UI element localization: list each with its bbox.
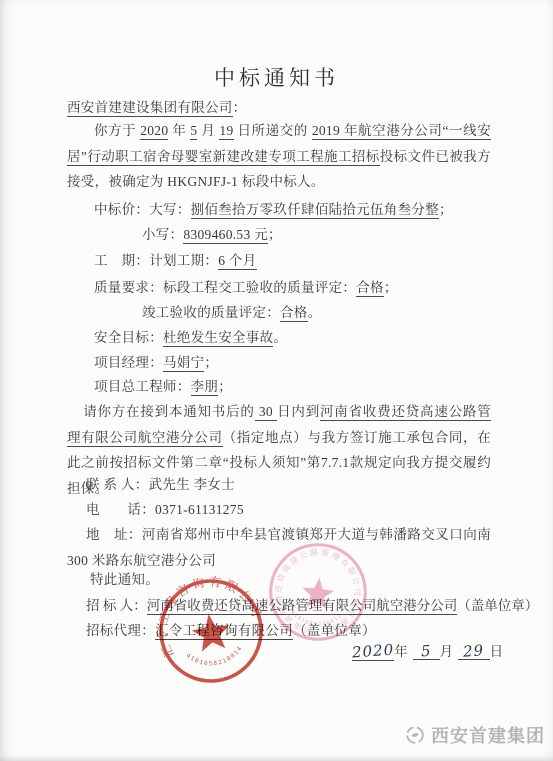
duration-line: 工 期：计划工期：6 个月 — [94, 249, 257, 269]
p2-text: 请你方在接到本通知书后的 — [83, 404, 255, 419]
date-year-unit: 年 — [394, 644, 409, 659]
doc-title: 中标通知书 — [0, 62, 553, 92]
p1-text: 月 — [197, 123, 219, 138]
date-month-unit: 月 — [440, 644, 455, 659]
safety-line: 安全目标：杜绝发生安全事故。 — [94, 326, 287, 346]
scanned-document-page: 中标通知书 西安首建建设集团有限公司： 你方于 2020 年 5 月 19 日所… — [0, 0, 553, 761]
address-label: 地 址： — [86, 527, 142, 542]
price-lower-label: 小写： — [142, 227, 183, 242]
quality-line-2: 竣工验收的质量评定：合格。 — [142, 301, 321, 321]
tenderer-label: 招 标 人： — [86, 598, 147, 613]
p2-text: 日内到 — [277, 404, 320, 419]
svg-text:4101058218014: 4101058218014 — [184, 644, 246, 671]
safety-punct: 。 — [273, 330, 287, 345]
date-day-handwritten: 29 — [463, 641, 485, 660]
tenderer-name: 河南省收费还贷高速公路管理有限公司航空港分公司 — [147, 598, 458, 615]
safety-value: 杜绝发生安全事故 — [163, 330, 273, 347]
tenderer-seal-note: （盖单位章） — [457, 598, 538, 613]
contact-label: 联 系 人： — [86, 477, 149, 492]
agency-seal-code: 4101058218014 — [184, 644, 246, 671]
closing-line: 特此通知。 — [90, 568, 159, 588]
price-upper-punct: ； — [439, 202, 453, 217]
chief-engineer-line: 项目总工程师：李朋； — [94, 375, 232, 395]
agency-line: 招标代理：汇令工程咨询有限公司（盖单位章） — [86, 619, 376, 639]
phone-line: 电 话：0371-61131275 — [86, 498, 244, 518]
contact-names: 武先生 李女士 — [149, 477, 235, 492]
p1-day: 19 — [219, 123, 233, 140]
price-label: 中标价：大写： — [94, 202, 191, 217]
address-block: 地 址：河南省郑州市中牟县官渡镇郑开大道与韩潘路交叉口向南 300 米路东航空港… — [67, 522, 491, 573]
quality-value-2: 合格 — [280, 305, 308, 322]
chief-engineer-punct: ； — [218, 379, 232, 394]
date-year-handwritten: 2020 — [351, 641, 394, 662]
agency-seal-note: （盖单位章） — [293, 623, 376, 638]
phone-label: 电 话： — [86, 502, 155, 517]
project-manager-line: 项目经理：马娟宁； — [94, 351, 218, 371]
date-line: 2020年 5月 29日 — [352, 640, 504, 660]
date-day-unit: 日 — [490, 644, 505, 659]
p1-text: 日所递交的 — [234, 123, 312, 138]
date-month-handwritten: 5 — [420, 642, 432, 661]
shoujian-logo-icon — [404, 724, 426, 746]
paragraph-bid-acceptance: 你方于 2020 年 5 月 19 日所递交的 2019 年航空港分公司“一线安… — [67, 118, 491, 195]
safety-label: 安全目标： — [94, 330, 163, 345]
p1-text: 年 — [168, 123, 190, 138]
manager-punct: ； — [204, 355, 218, 370]
price-lower-value: 8309460.53 元 — [183, 227, 268, 244]
watermark-text: 西安首建集团 — [431, 722, 545, 748]
quality-punct-2: 。 — [308, 305, 322, 320]
quality-label-2: 竣工验收的质量评定： — [142, 305, 280, 320]
price-upper-value: 捌佰叁拾万零玖仟肆佰陆拾元伍角叁分整 — [191, 202, 439, 219]
manager-name: 马娟宁 — [163, 355, 204, 372]
p1-year: 2020 — [140, 123, 168, 140]
price-lower-line: 小写：8309460.53 元； — [142, 223, 282, 243]
quality-punct-1: ； — [384, 280, 398, 295]
recipient-line: 西安首建建设集团有限公司： — [67, 96, 246, 116]
agency-name: 汇令工程咨询有限公司 — [155, 623, 293, 640]
watermark: 西安首建集团 — [404, 722, 545, 748]
chief-engineer-label: 项目总工程师： — [94, 379, 191, 394]
contact-line: 联 系 人：武先生 李女士 — [86, 473, 235, 493]
p1-text: 你方于 — [94, 123, 140, 138]
chief-engineer-name: 李朋 — [191, 379, 219, 396]
recipient-colon: ： — [233, 100, 247, 115]
manager-label: 项目经理： — [94, 355, 163, 370]
agency-label: 招标代理： — [86, 623, 155, 638]
tenderer-line: 招 标 人：河南省收费还贷高速公路管理有限公司航空港分公司（盖单位章） — [86, 594, 538, 614]
quality-label-1: 质量要求：标段工程交工验收的质量评定： — [94, 280, 356, 295]
price-lower-punct: ； — [268, 227, 282, 242]
duration-label: 工 期：计划工期： — [94, 253, 218, 268]
quality-value-1: 合格 — [356, 280, 384, 297]
duration-value: 6 个月 — [218, 253, 256, 270]
p2-days: 30 — [255, 404, 277, 421]
recipient-name: 西安首建建设集团有限公司 — [67, 100, 233, 117]
price-upper-line: 中标价：大写：捌佰叁拾万零玖仟肆佰陆拾元伍角叁分整； — [94, 198, 453, 218]
phone-number: 0371-61131275 — [155, 502, 244, 517]
quality-line-1: 质量要求：标段工程交工验收的质量评定：合格； — [94, 276, 398, 296]
